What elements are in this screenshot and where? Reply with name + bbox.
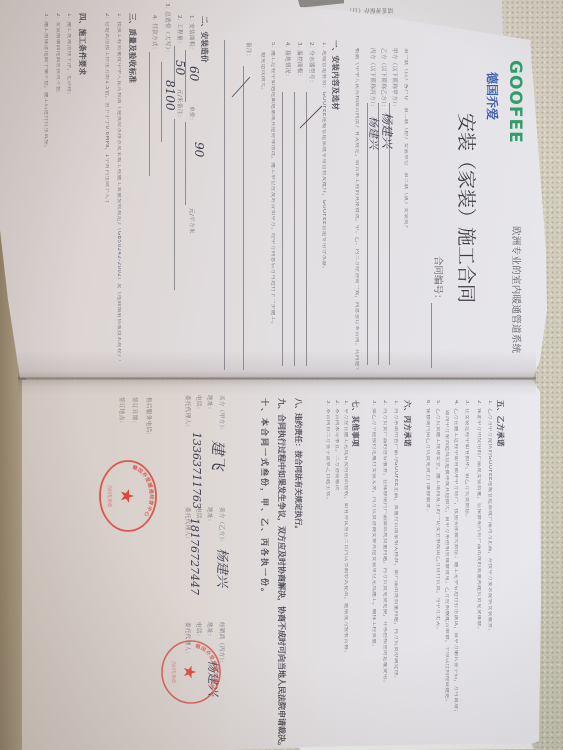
company-stamp-left: 德国乔爱暖通经营中心 ★ 合同专用章	[100, 461, 156, 531]
stamp-bottom-text: 合同专用章	[106, 485, 113, 508]
stamp-star-icon: ★	[116, 488, 137, 504]
strike-mark	[300, 106, 322, 128]
company-stamp-right: 德国乔爱地暖专营店 ★ 合同专用章	[162, 641, 220, 703]
photo-scene: 请妥善保存（白） 欧洲专业的室内暖通管道系统 GOOFEE 德国乔爱 安装（家装…	[0, 0, 563, 750]
stamp-star-icon: ★	[179, 664, 199, 679]
document-text-layer: 欧洲专业的室内暖通管道系统 GOOFEE 德国乔爱 安装（家装）施工合同 合同编…	[0, 0, 563, 750]
stamp-bottom-text: 合同专用章	[170, 661, 177, 684]
ink-and-stamps: 德国乔爱暖通经营中心 ★ 合同专用章 德国乔爱地暖专营店 ★ 合同专用章	[0, 0, 563, 750]
strike-mark	[232, 77, 250, 97]
